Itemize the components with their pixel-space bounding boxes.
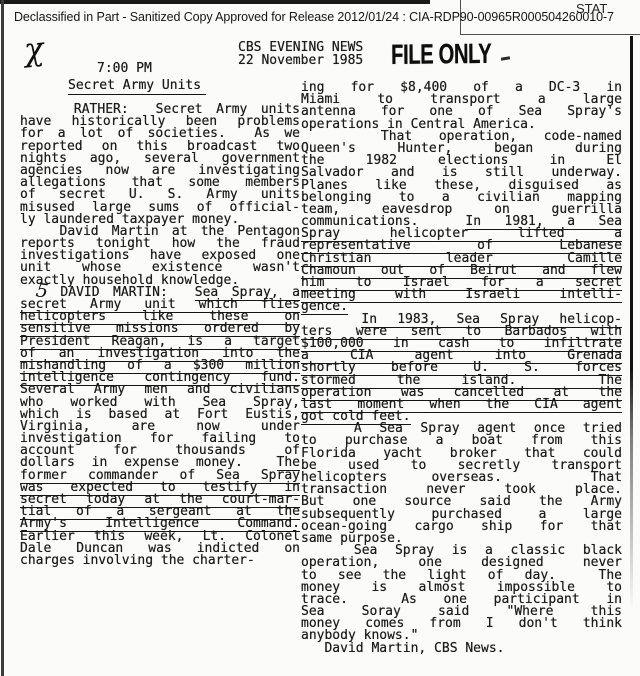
transcript-left-column: RATHER: Secret Army unitshave historical… bbox=[20, 104, 300, 567]
file-only-stamp: FILE ONLY bbox=[391, 38, 491, 71]
segment-title: Secret Army Units bbox=[68, 78, 206, 95]
declassification-text: Declassified in Part - Sanitized Copy Ap… bbox=[14, 10, 614, 24]
scan-left-edge bbox=[1, 0, 4, 676]
stamp-dash-mark bbox=[501, 56, 510, 61]
transcript-line: meeting with Israeli intelli- bbox=[301, 289, 622, 301]
underlined-text: meeting with Israeli intelli- bbox=[301, 287, 622, 303]
handwritten-mark: χ bbox=[22, 29, 45, 69]
scan-top-edge bbox=[0, 0, 430, 4]
broadcast-date: 22 November 1985 bbox=[238, 53, 363, 68]
scanned-document-page: STAT Declassified in Part - Sanitized Co… bbox=[0, 0, 640, 676]
program-header: CBS EVENING NEWS22 November 1985 bbox=[238, 42, 363, 67]
scan-right-rule bbox=[630, 36, 633, 610]
transcript-line: David Martin, CBS News. bbox=[301, 643, 622, 655]
air-time: 7:00 PM bbox=[97, 61, 152, 76]
transcript-line: charges involving the charter- bbox=[20, 555, 300, 567]
transcript-right-column: ing for $8,400 of a DC-3 inMiami to tran… bbox=[301, 82, 622, 655]
